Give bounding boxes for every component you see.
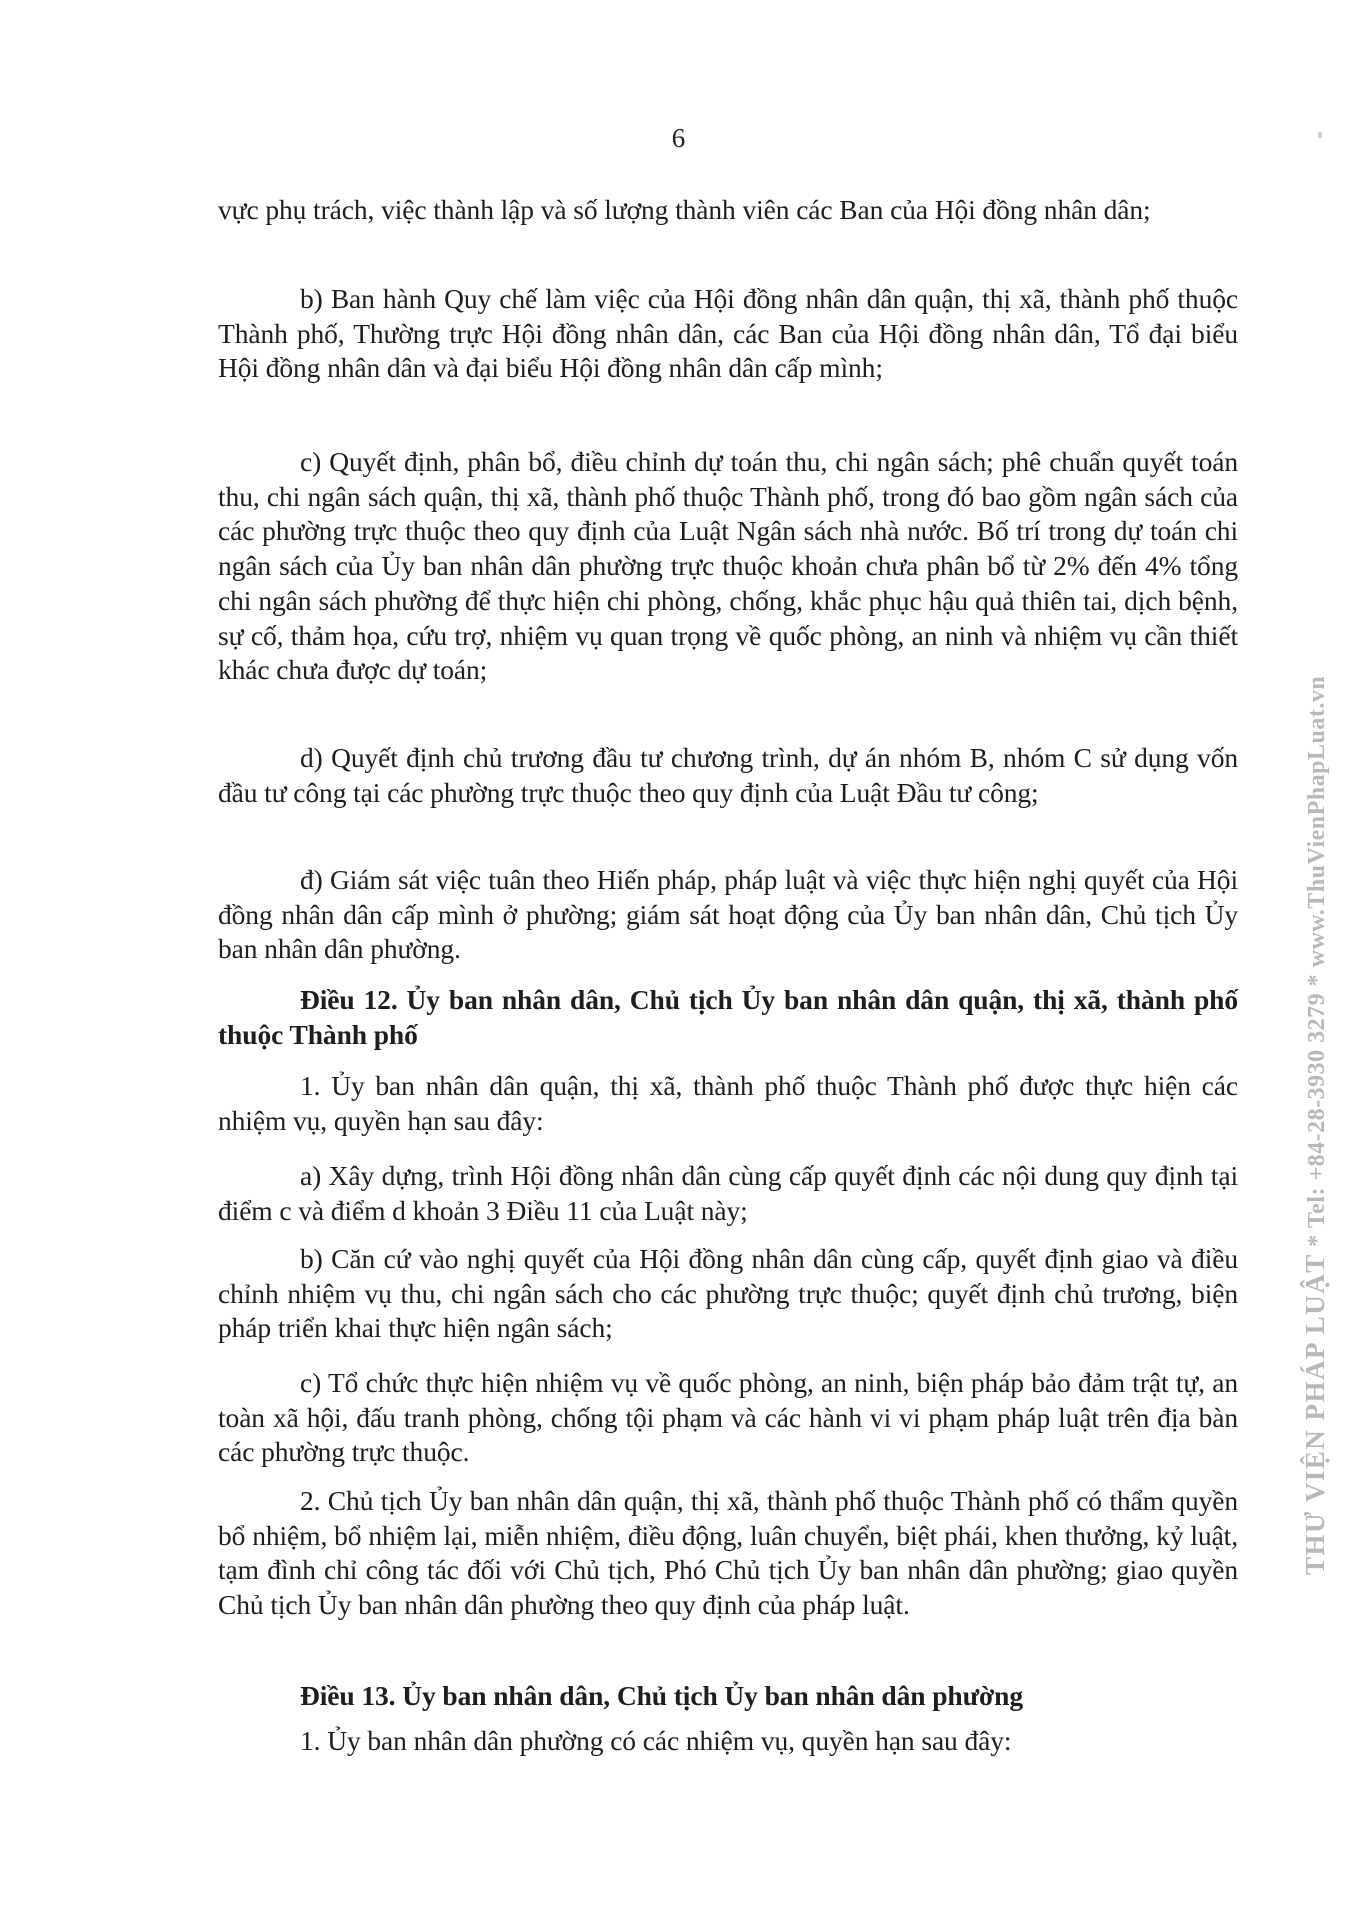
paragraph-article-12-clause-2: 2. Chủ tịch Ủy ban nhân dân quận, thị xã…: [218, 1484, 1238, 1623]
watermark-vertical: THƯ VIỆN PHÁP LUẬT * Tel: +84-28-3930 32…: [1298, 395, 1332, 1575]
paragraph-article-11-point-c: c) Quyết định, phân bổ, điều chỉnh dự to…: [218, 445, 1238, 688]
scan-speck: [1318, 132, 1322, 138]
watermark-contact: * Tel: +84-28-3930 3279 * www.ThuVienPha…: [1304, 676, 1330, 1253]
paragraph-article-12-point-a: a) Xây dựng, trình Hội đồng nhân dân cùn…: [218, 1159, 1238, 1228]
paragraph-article-11-point-dd: đ) Giám sát việc tuân theo Hiến pháp, ph…: [218, 863, 1238, 967]
article-13-heading: Điều 13. Ủy ban nhân dân, Chủ tịch Ủy ba…: [218, 1679, 1238, 1714]
paragraph-article-12-clause-1: 1. Ủy ban nhân dân quận, thị xã, thành p…: [218, 1069, 1238, 1138]
paragraph-article-12-point-b: b) Căn cứ vào nghị quyết của Hội đồng nh…: [218, 1242, 1238, 1346]
watermark-title: THƯ VIỆN PHÁP LUẬT: [1300, 1253, 1330, 1575]
document-page: 6 vực phụ trách, việc thành lập và số lư…: [0, 0, 1357, 1920]
paragraph-article-11-point-d: d) Quyết định chủ trương đầu tư chương t…: [218, 741, 1238, 810]
article-12-heading: Điều 12. Ủy ban nhân dân, Chủ tịch Ủy ba…: [218, 983, 1238, 1052]
paragraph-article-11-point-b: b) Ban hành Quy chế làm việc của Hội đồn…: [218, 282, 1238, 386]
paragraph-article-12-point-c: c) Tổ chức thực hiện nhiệm vụ về quốc ph…: [218, 1366, 1238, 1470]
paragraph-article-13-clause-1: 1. Ủy ban nhân dân phường có các nhiệm v…: [218, 1724, 1238, 1759]
paragraph-continuation: vực phụ trách, việc thành lập và số lượn…: [218, 193, 1238, 228]
page-number: 6: [0, 121, 1357, 155]
